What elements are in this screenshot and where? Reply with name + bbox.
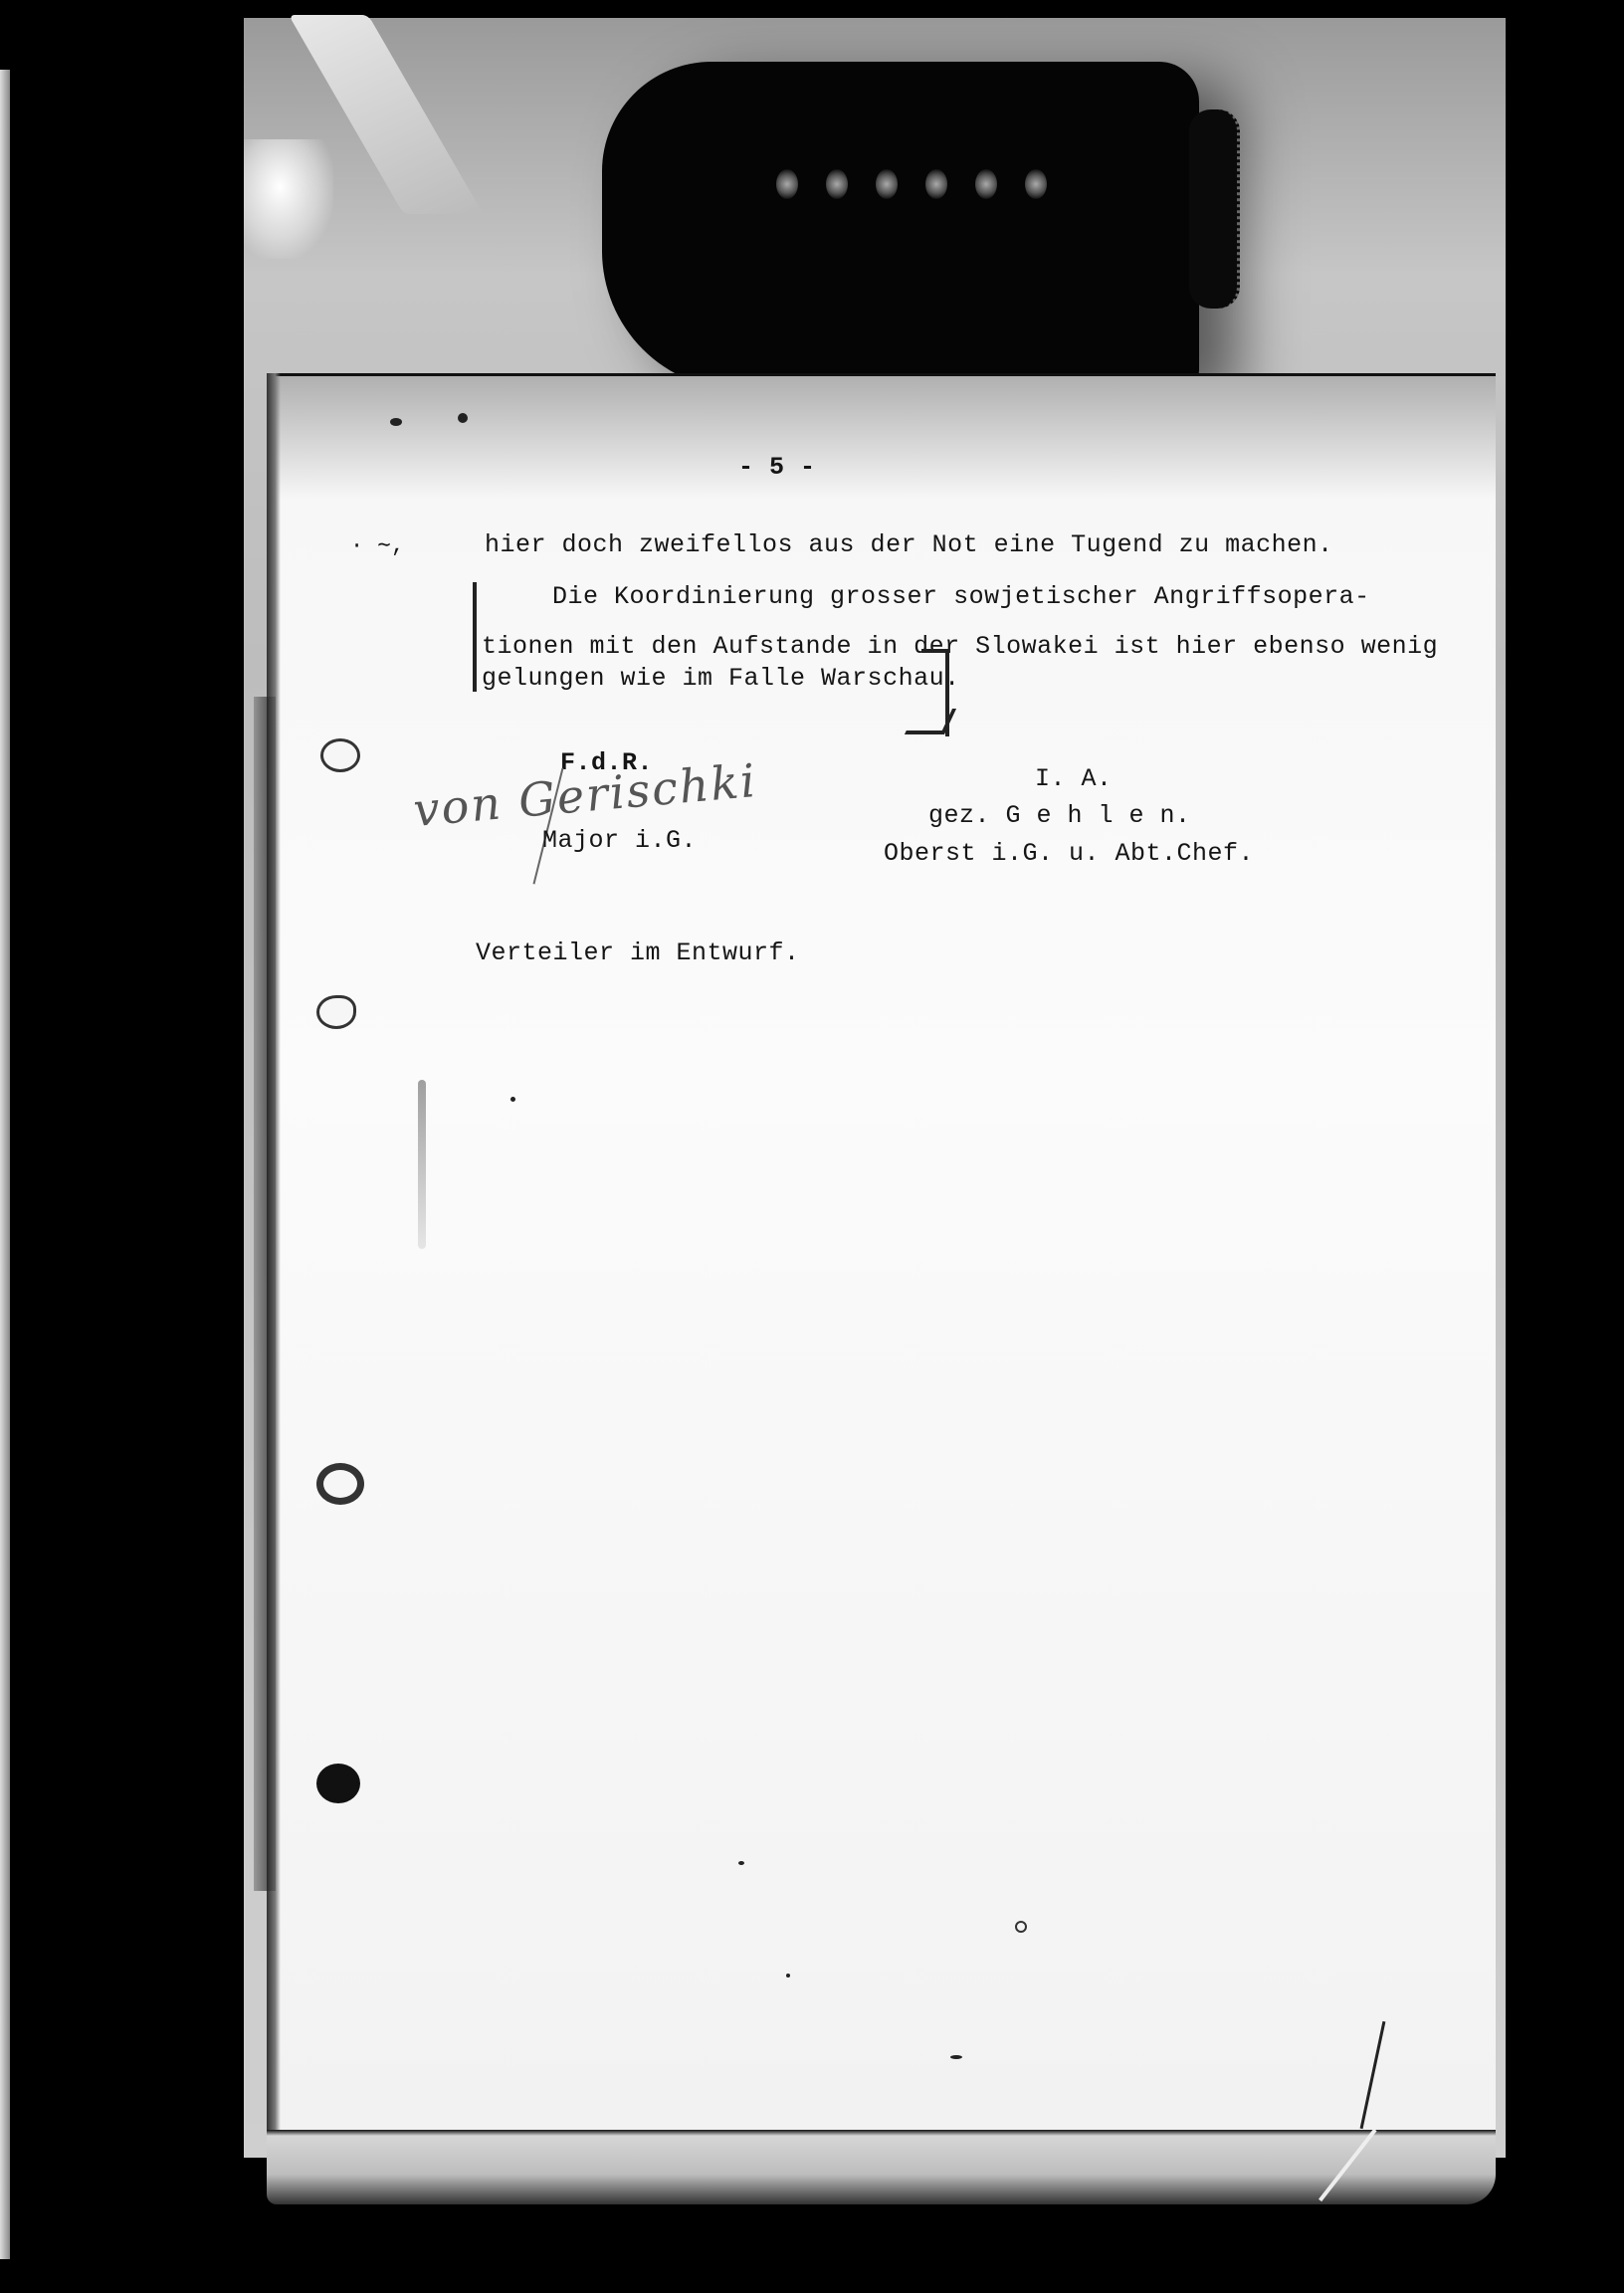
speck [1015,1921,1027,1933]
punch-hole-icon [316,1463,364,1505]
punch-hole-icon [316,995,356,1029]
speck [738,1861,744,1865]
numbering-stamp-device [602,62,1199,390]
ink-smudge [418,1080,426,1249]
distribution-note: Verteiler im Entwurf. [476,938,800,967]
margin-mark: · ∼, [350,532,405,558]
punch-hole-icon [320,738,360,772]
body-line-2: Die Koordinierung grosser sowjetischer A… [552,582,1370,611]
adjacent-page-edge [0,70,10,2259]
stamp-digit-icon [776,169,798,199]
stamp-knob [1189,109,1240,309]
signature-right-line2: gez. G e h l e n. [928,801,1191,830]
page-bottom-edge [267,2130,1496,2204]
signature-left-line2: Major i.G. [542,826,697,855]
signature-right-line3: Oberst i.G. u. Abt.Chef. [884,839,1254,868]
stamp-digit-icon [925,169,947,199]
binding-shadow [254,697,276,1891]
stamp-digit-icon [876,169,898,199]
speck [510,1097,515,1102]
speck [950,2055,962,2059]
punch-hole-icon [316,1764,360,1803]
stamp-digit-icon [975,169,997,199]
speck [390,418,402,426]
signature-right-line1: I. A. [1035,764,1113,793]
stamp-digit-icon [826,169,848,199]
speck [458,413,468,423]
stamp-digit-icon [1025,169,1047,199]
body-line-1: hier doch zweifellos aus der Not eine Tu… [485,530,1333,559]
speck [786,1974,790,1978]
margin-bracket-left [473,582,477,692]
body-line-4: gelungen wie im Falle Warschau. [482,664,960,693]
stamp-digits [776,169,1047,199]
body-line-3: tionen mit den Aufstande in der Slowakei… [482,632,1438,661]
page-number: - 5 - [738,453,816,482]
light-reflection [244,139,333,259]
